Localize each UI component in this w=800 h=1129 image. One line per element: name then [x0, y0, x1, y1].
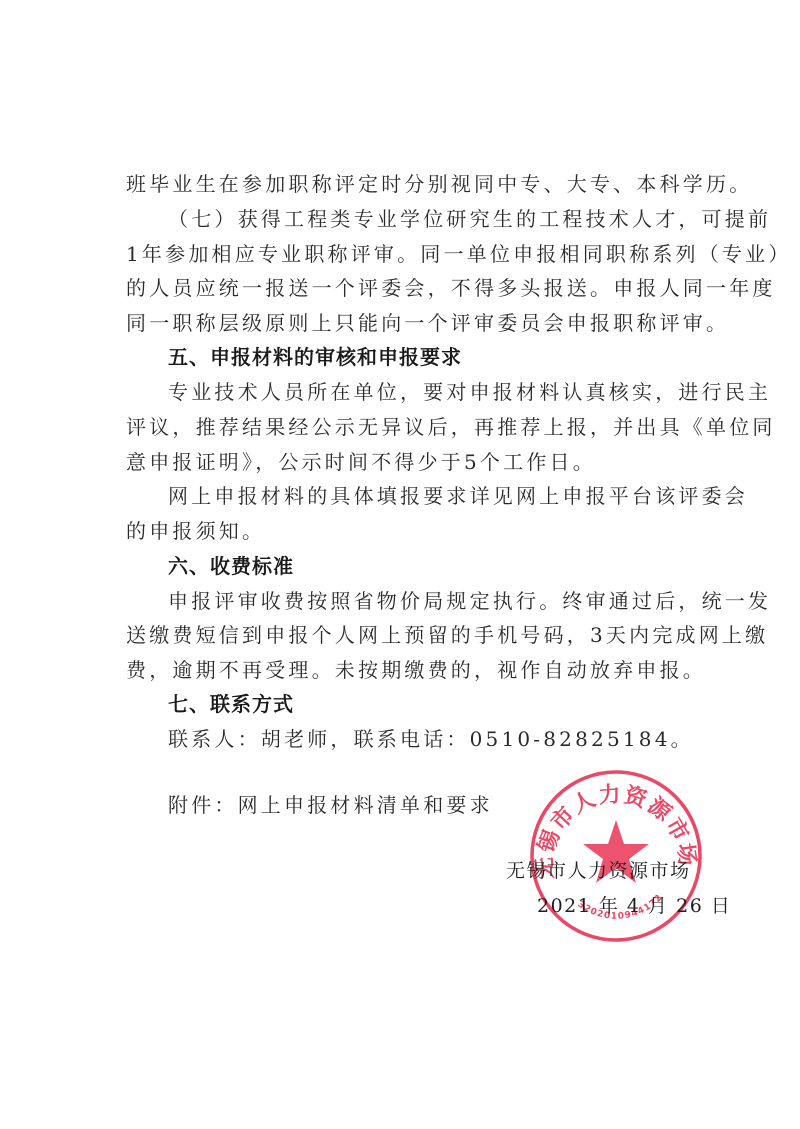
paragraph-line: 的申报须知。: [126, 517, 676, 545]
document-page: 班毕业生在参加职称评定时分别视同中专、大专、本科学历。 （七）获得工程类专业学位…: [0, 0, 800, 1129]
paragraph-line: 班毕业生在参加职称评定时分别视同中专、大专、本科学历。: [126, 170, 676, 198]
paragraph-line: 1年参加相应专业职称评审。同一单位申报相同职称系列（专业）: [126, 240, 676, 268]
section-heading: 七、联系方式: [168, 690, 718, 718]
paragraph-line: 费，逾期不再受理。未按期缴费的，视作自动放弃申报。: [126, 656, 676, 684]
paragraph-line: 评议，推荐结果经公示无异议后，再推荐上报，并出具《单位同: [126, 413, 676, 441]
paragraph-line: 同一职称层级原则上只能向一个评审委员会申报职称评审。: [126, 309, 676, 337]
paragraph-line: 网上申报材料的具体填报要求详见网上申报平台该评委会: [168, 482, 718, 510]
paragraph-line: 送缴费短信到申报个人网上预留的手机号码，3天内完成网上缴: [126, 621, 676, 649]
paragraph-line: 专业技术人员所在单位，要对申报材料认真核实，进行民主: [168, 378, 718, 406]
section-heading: 六、收费标准: [168, 552, 718, 580]
paragraph-line: 意申报证明》，公示时间不得少于5个工作日。: [126, 448, 676, 476]
paragraph-line: 申报评审收费按照省物价局规定执行。终审通过后，统一发: [168, 587, 718, 615]
signature-org: 无锡市人力资源市场: [506, 858, 691, 884]
paragraph-line: 的人员应统一报送一个评委会，不得多头报送。申报人同一年度: [126, 274, 676, 302]
section-heading: 五、申报材料的审核和申报要求: [168, 343, 718, 371]
signature-date: 2021 年 4 月 26 日: [537, 893, 731, 919]
contact-line: 联系人：胡老师，联系电话：0510-82825184。: [168, 725, 718, 753]
paragraph-line: （七）获得工程类专业学位研究生的工程技术人才，可提前: [168, 205, 718, 233]
